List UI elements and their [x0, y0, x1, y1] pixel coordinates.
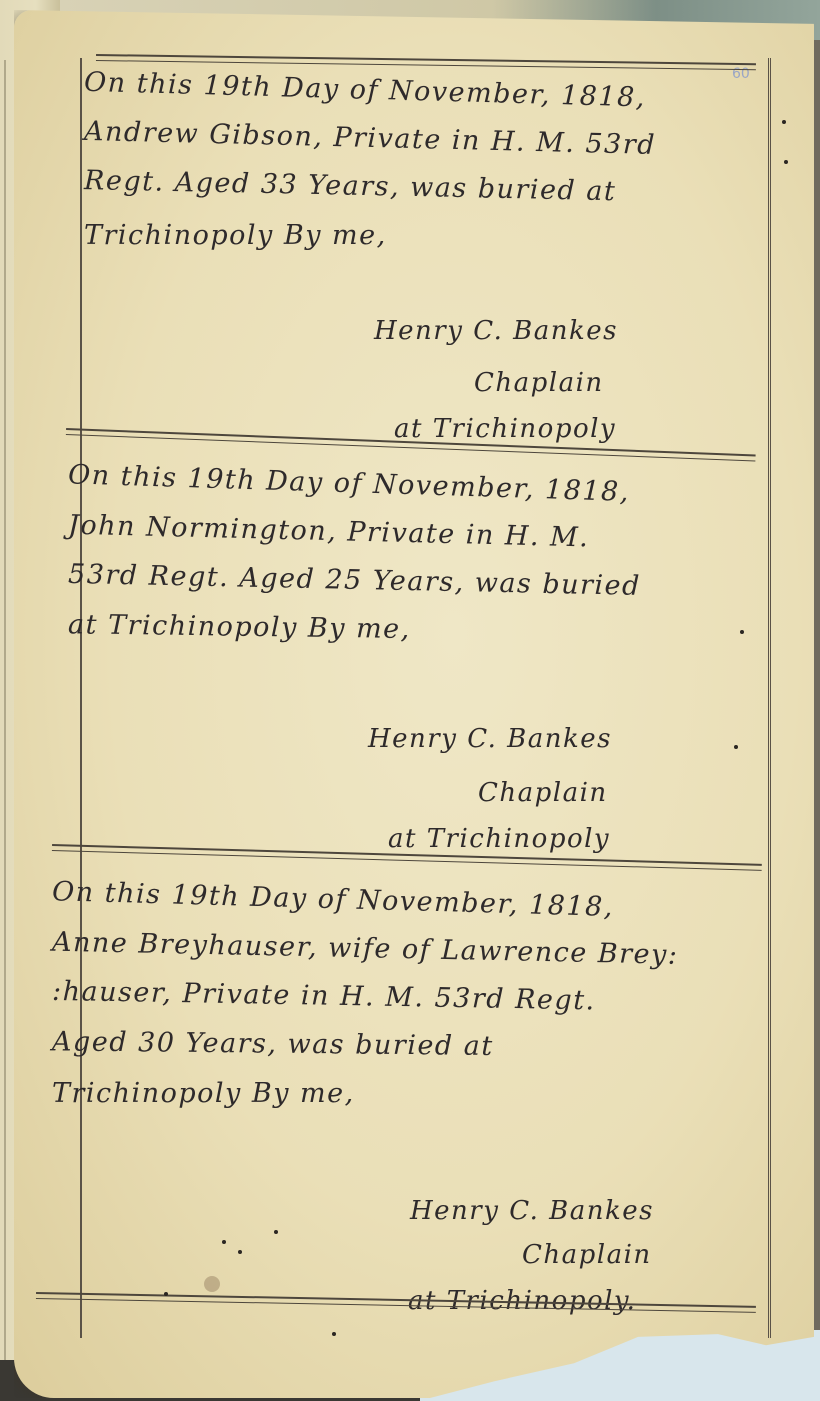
- ink-speck: [164, 1292, 168, 1296]
- ink-speck: [734, 745, 738, 749]
- burial-entry-3: On this 19th Day of November, 1818, Anne…: [52, 878, 752, 1318]
- signature-title: Chaplain: [522, 1240, 652, 1270]
- signature-place: at Trichinopoly: [394, 414, 616, 444]
- burial-entry-2: On this 19th Day of November, 1818, John…: [68, 462, 748, 842]
- signature-name: Henry C. Bankes: [368, 724, 612, 754]
- signature-name: Henry C. Bankes: [410, 1196, 654, 1226]
- entry-line: Aged 30 Years, was buried at: [52, 1018, 752, 1073]
- signature-title: Chaplain: [474, 368, 604, 398]
- ink-speck: [782, 120, 786, 124]
- entry-line: Trichinopoly By me,: [52, 1070, 752, 1118]
- ink-speck: [274, 1230, 278, 1234]
- entry-line: at Trichinopoly By me,: [68, 601, 749, 658]
- facing-page-rule: [4, 60, 6, 1400]
- signature-name: Henry C. Bankes: [374, 316, 618, 346]
- ink-speck: [332, 1332, 336, 1336]
- ink-speck: [222, 1240, 226, 1244]
- signature-place: at Trichinopoly: [388, 824, 610, 854]
- ink-speck: [238, 1250, 242, 1254]
- ink-speck: [784, 160, 788, 164]
- paper-stain: [204, 1276, 220, 1292]
- burial-entry-1: On this 19th Day of November, 1818, Andr…: [84, 68, 744, 448]
- signature-title: Chaplain: [478, 778, 608, 808]
- ink-speck: [740, 630, 744, 634]
- entry-line: Trichinopoly By me,: [84, 212, 744, 260]
- register-page: 60 On this 19th Day of November, 1818, A…: [14, 10, 814, 1398]
